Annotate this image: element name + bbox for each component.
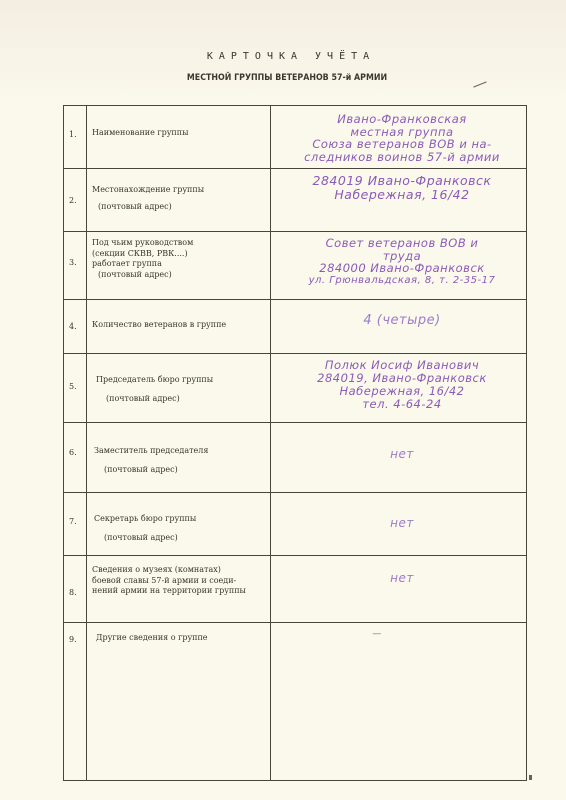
form-row: 1.Наименование группыИвано-Франковскаяме…: [64, 106, 526, 168]
label-line: (почтовый адрес): [96, 394, 271, 405]
handwritten-value[interactable]: нет: [277, 447, 527, 461]
row-label: Местонахождение группы(почтовый адрес): [92, 185, 267, 212]
form-subtitle: МЕСТНОЙ ГРУППЫ ВЕТЕРАНОВ 57-й АРМИИ: [27, 73, 548, 83]
label-line: Заместитель председателя: [94, 446, 269, 457]
label-line: (почтовый адрес): [94, 465, 269, 476]
form-row: 6.Заместитель председателя(почтовый адре…: [64, 422, 526, 492]
label-line: Местонахождение группы: [92, 185, 267, 196]
handwritten-value[interactable]: нет: [277, 516, 527, 530]
label-line: (секции СКВВ, РВК....): [92, 249, 267, 260]
form-row: 2.Местонахождение группы(почтовый адрес)…: [64, 168, 526, 231]
form-row: 5.Председатель бюро группы(почтовый адре…: [64, 353, 526, 422]
row-label: Председатель бюро группы(почтовый адрес): [96, 375, 271, 404]
value-line: 284019 Ивано-Франковск: [277, 174, 527, 188]
row-number: 1.: [69, 130, 77, 139]
value-line: нет: [277, 516, 527, 530]
label-line: (почтовый адрес): [92, 270, 267, 281]
row-label: Другие сведения о группе: [96, 633, 271, 644]
row-number: 8.: [69, 588, 77, 597]
label-line: Другие сведения о группе: [96, 633, 271, 644]
form-row: 3.Под чьим руководством(секции СКВВ, РВК…: [64, 231, 526, 299]
row-number: 3.: [69, 258, 77, 267]
handwritten-value[interactable]: 4 (четыре): [277, 314, 527, 328]
row-label: Наименование группы: [92, 128, 267, 139]
row-number: 4.: [69, 322, 77, 331]
row-number: 9.: [69, 635, 77, 644]
label-line: нений армии на территории группы: [92, 586, 267, 597]
value-line: тел. 4-64-24: [277, 398, 527, 411]
form-row: 7.Секретарь бюро группы(почтовый адрес)н…: [64, 492, 526, 555]
page-background: [0, 0, 566, 100]
row-label: Заместитель председателя(почтовый адрес): [94, 446, 269, 475]
row-label: Количество ветеранов в группе: [92, 320, 267, 331]
label-line: Секретарь бюро группы: [94, 514, 269, 525]
row-label: Сведения о музеях (комнатах)боевой славы…: [92, 565, 267, 597]
label-line: Наименование группы: [92, 128, 267, 139]
value-line: нет: [277, 447, 527, 461]
value-line: нет: [277, 571, 527, 585]
value-line: 4 (четыре): [277, 314, 527, 328]
row-label: Секретарь бюро группы(почтовый адрес): [94, 514, 269, 543]
value-line: Набережная, 16/42: [277, 188, 527, 202]
row-label: Под чьим руководством(секции СКВВ, РВК..…: [92, 238, 267, 280]
handwritten-value[interactable]: Ивано-Франковскаяместная группаСоюза вет…: [277, 113, 527, 163]
registration-form-table: 1.Наименование группыИвано-Франковскаяме…: [63, 105, 527, 781]
label-line: боевой славы 57-й армии и соеди-: [92, 576, 267, 587]
row-number: 6.: [69, 448, 77, 457]
value-line: следников воинов 57-й армии: [277, 151, 527, 164]
handwritten-value[interactable]: —: [277, 627, 527, 641]
row-number: 2.: [69, 196, 77, 205]
value-line: 284000 Ивано-Франковск: [277, 262, 527, 275]
label-line: Председатель бюро группы: [96, 375, 271, 386]
form-row: 4.Количество ветеранов в группе4 (четыре…: [64, 299, 526, 353]
handwritten-value[interactable]: 284019 Ивано-ФранковскНабережная, 16/42: [277, 174, 527, 202]
label-line: (почтовый адрес): [94, 533, 269, 544]
handwritten-value[interactable]: Полюк Иосиф Иванович284019, Ивано-Франко…: [277, 359, 527, 411]
row-number: 7.: [69, 517, 77, 526]
row-number: 5.: [69, 382, 77, 391]
value-line: Совет ветеранов ВОВ и: [277, 237, 527, 250]
handwritten-value[interactable]: Совет ветеранов ВОВ итруда284000 Ивано-Ф…: [277, 237, 527, 287]
value-line: Ивано-Франковская: [277, 113, 527, 126]
value-line: ул. Грюнвальдская, 8, т. 2-35-17: [277, 275, 527, 288]
label-line: Количество ветеранов в группе: [92, 320, 267, 331]
label-line: работает группа: [92, 259, 267, 270]
form-title: КАРТОЧКА УЧЁТА: [8, 51, 566, 62]
page-corner-mark: [529, 775, 532, 780]
form-row: 8.Сведения о музеях (комнатах)боевой сла…: [64, 555, 526, 622]
handwritten-value[interactable]: нет: [277, 571, 527, 585]
label-line: Сведения о музеях (комнатах): [92, 565, 267, 576]
label-line: (почтовый адрес): [92, 202, 267, 213]
value-line: Союза ветеранов ВОВ и на-: [277, 138, 527, 151]
value-line: —: [277, 627, 527, 641]
form-row: 9.Другие сведения о группе—: [64, 622, 526, 782]
label-line: Под чьим руководством: [92, 238, 267, 249]
